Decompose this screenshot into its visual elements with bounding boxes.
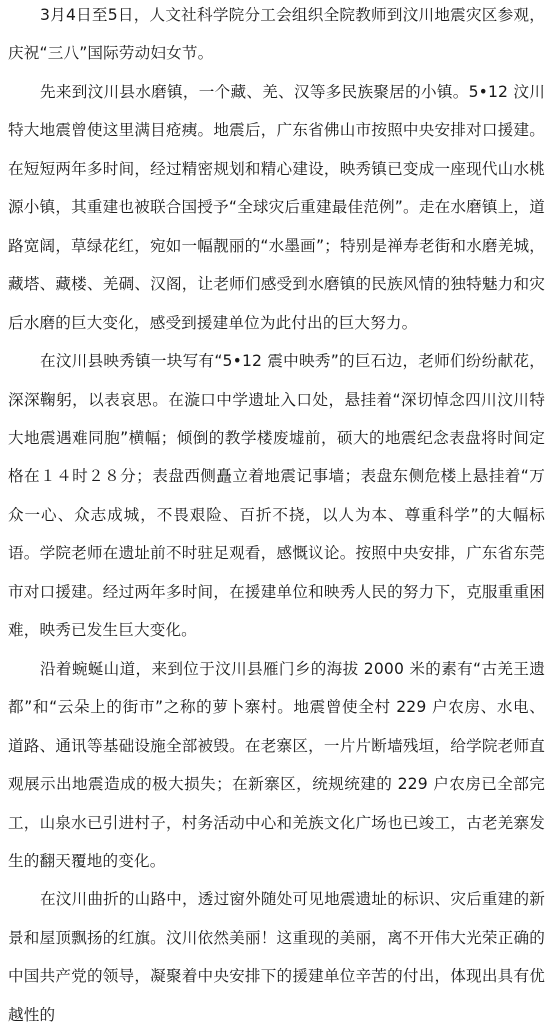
paragraph-luobozhai-village: 沿着蜿蜒山道，来到位于汶川县雁门乡的海拔 2000 米的素有“古羌王遗都”和“云… bbox=[8, 650, 545, 881]
document-body: 3月4日至5日，人文社科学院分工会组织全院教师到汶川地震灾区参观，庆祝“三八”国… bbox=[8, 0, 545, 1028]
paragraph-yingxiu-town: 在汶川县映秀镇一块写有“5•12 震中映秀”的巨石边，老师们纷纷献花，深深鞠躬，… bbox=[8, 342, 545, 650]
paragraph-conclusion: 在汶川曲折的山路中，透过窗外随处可见地震遗址的标识、灾后重建的新景和屋顶飘扬的红… bbox=[8, 880, 545, 1028]
paragraph-womens-day-visit: 3月4日至5日，人文社科学院分工会组织全院教师到汶川地震灾区参观，庆祝“三八”国… bbox=[8, 0, 545, 73]
paragraph-shuimo-town: 先来到汶川县水磨镇，一个藏、羌、汉等多民族聚居的小镇。5•12 汶川特大地震曾使… bbox=[8, 73, 545, 342]
